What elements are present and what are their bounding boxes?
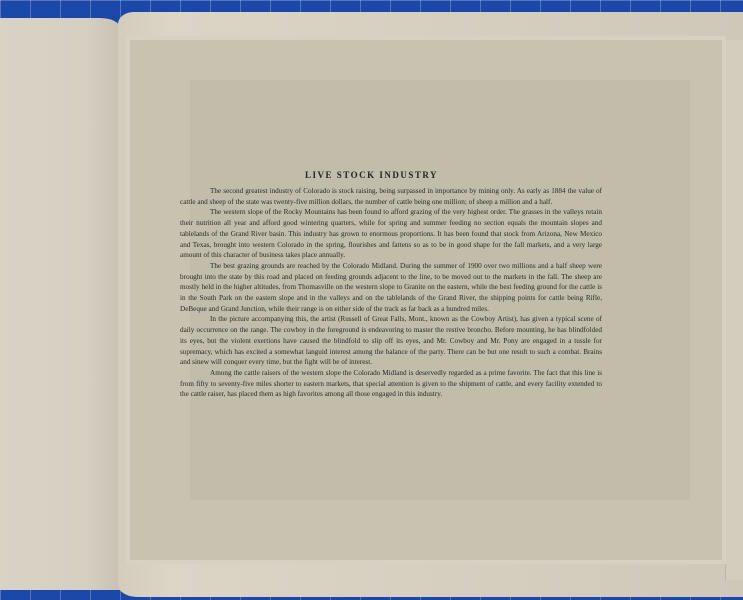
paragraph: The best grazing grounds are reached by … [180, 261, 602, 315]
page-edge [725, 40, 743, 580]
page-title: LIVE STOCK INDUSTRY [0, 170, 743, 180]
paragraph: The western slope of the Rocky Mountains… [180, 207, 602, 261]
body-text: The second greatest industry of Colorado… [180, 186, 602, 400]
left-page [0, 18, 120, 590]
paragraph: Among the cattle raisers of the western … [180, 368, 602, 400]
paragraph: The second greatest industry of Colorado… [180, 186, 602, 207]
paragraph: In the picture accompanying this, the ar… [180, 314, 602, 368]
